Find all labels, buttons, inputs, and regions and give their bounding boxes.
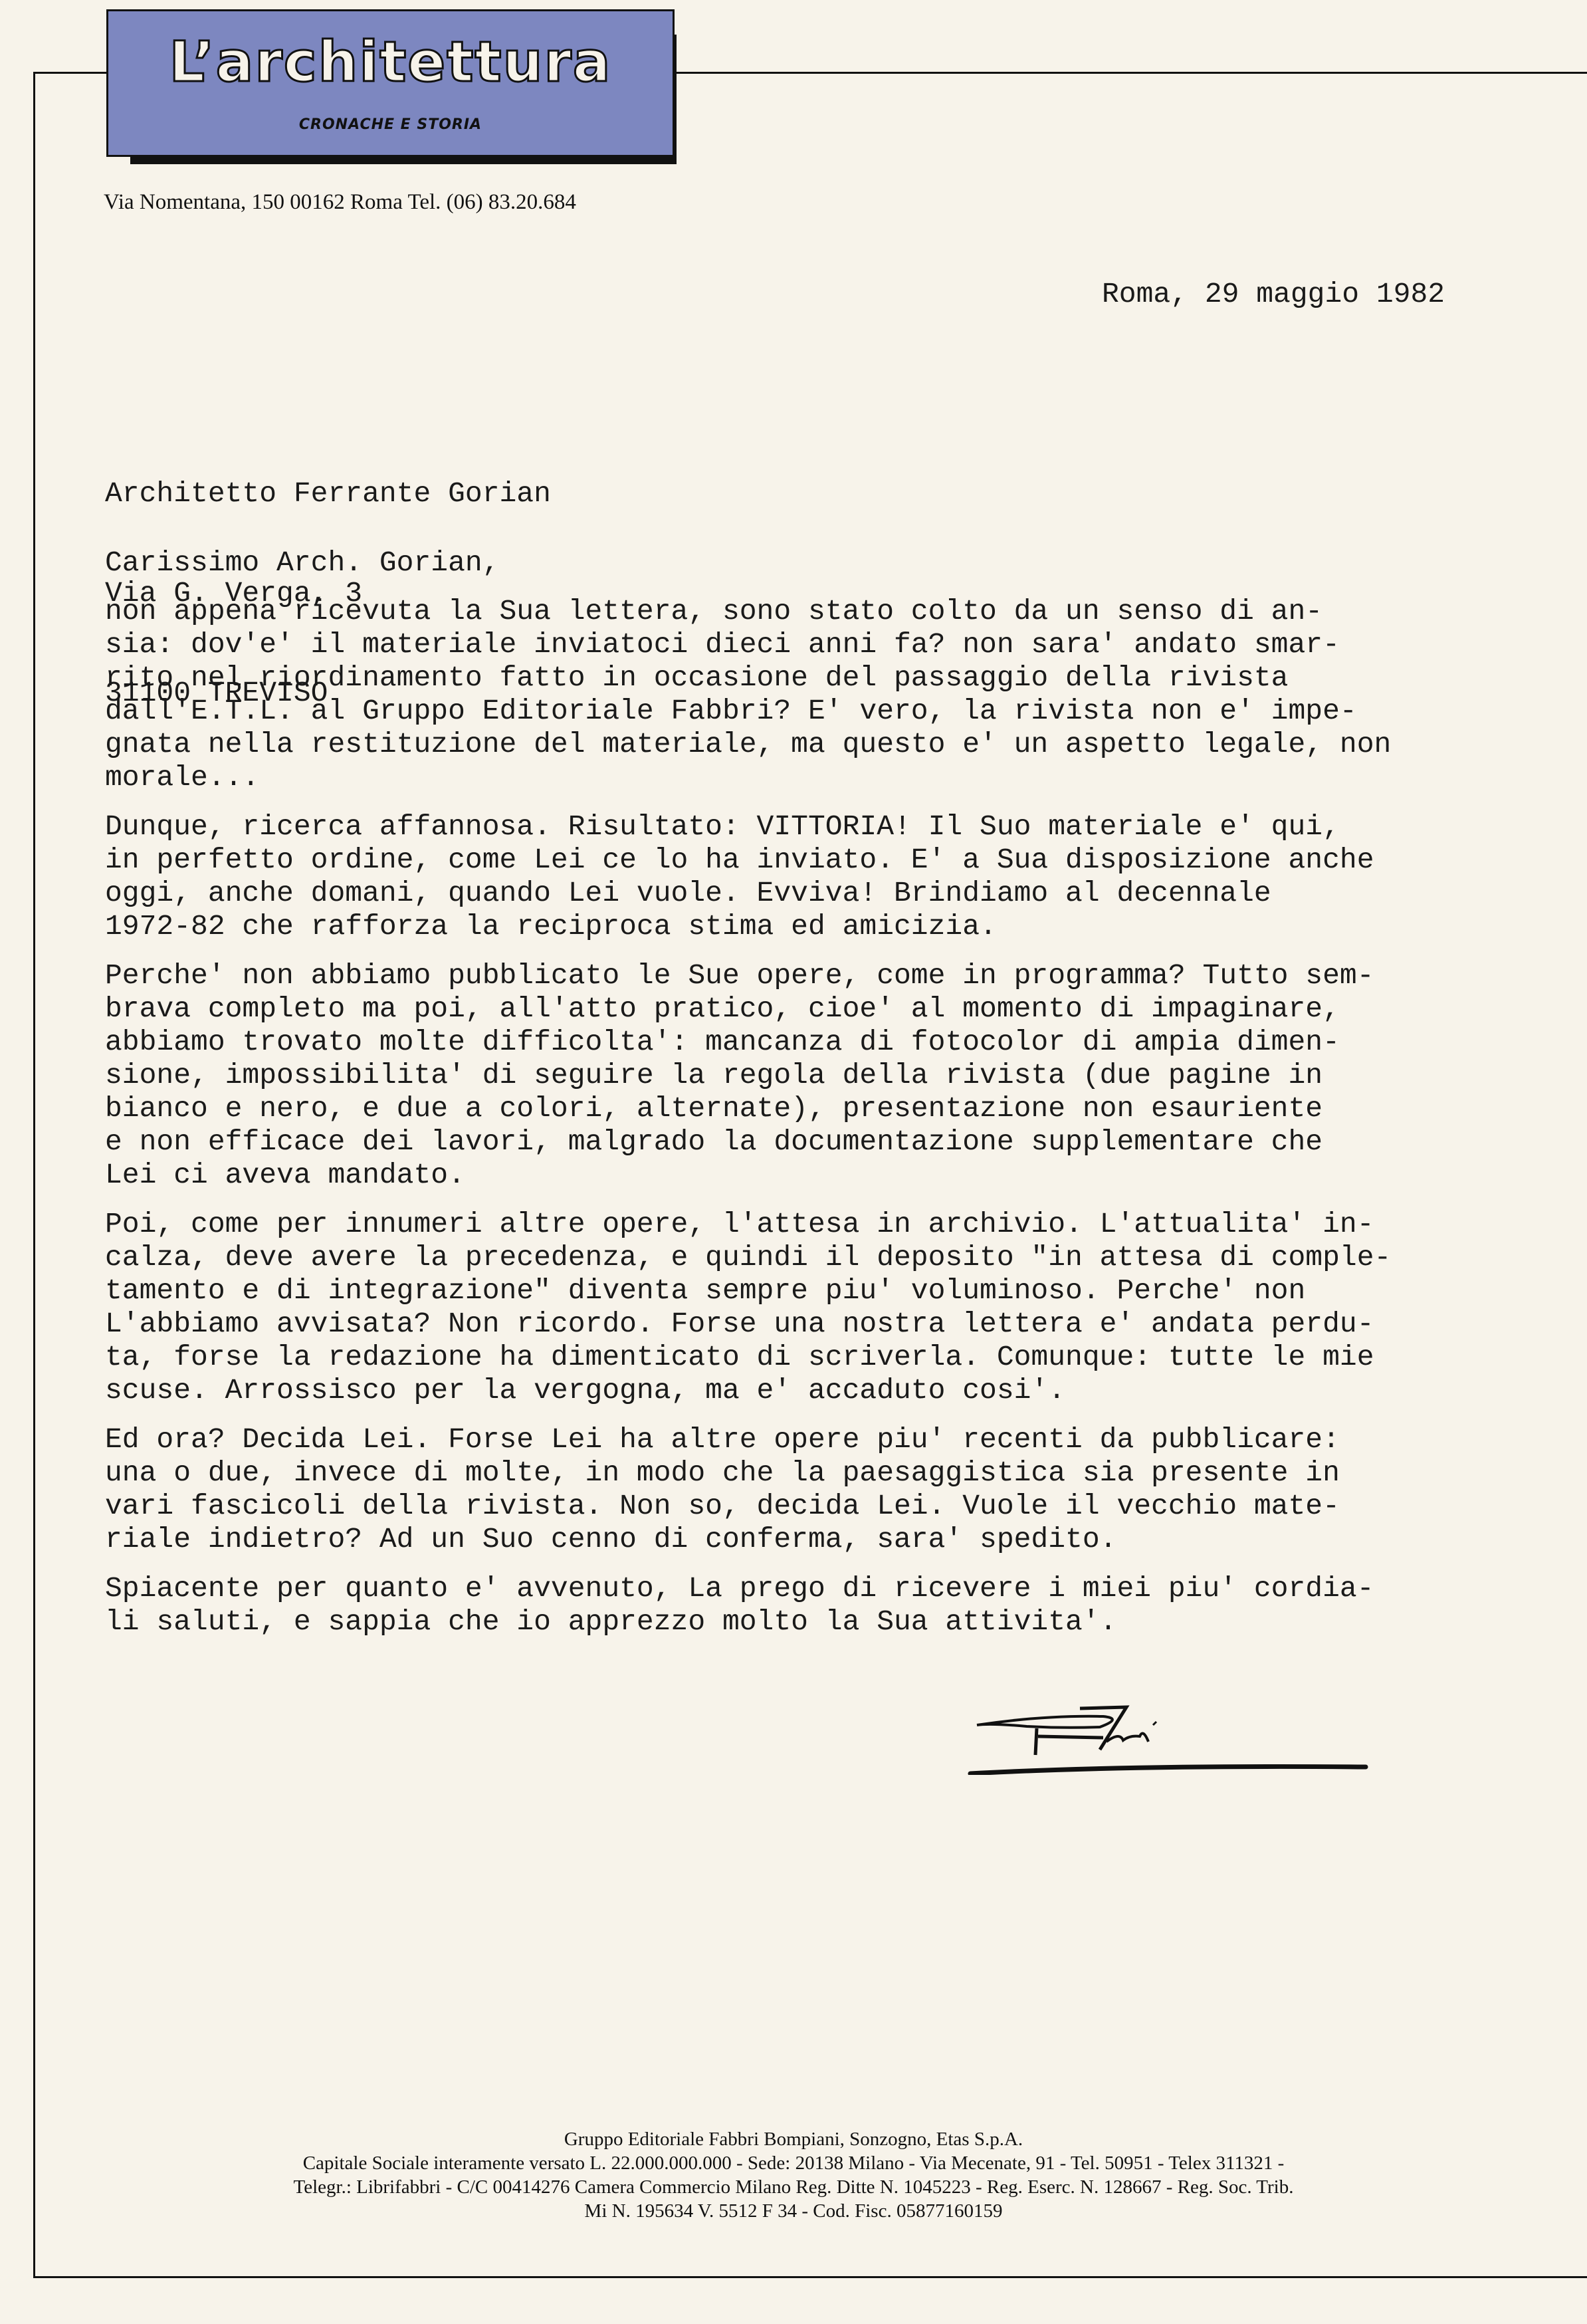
paragraph-line: morale... <box>105 761 1391 794</box>
salutation: Carissimo Arch. Gorian, <box>105 546 500 580</box>
paragraph-line: ta, forse la redazione ha dimenticato di… <box>105 1341 1391 1374</box>
paragraph-line: tamento e di integrazione" diventa sempr… <box>105 1274 1391 1308</box>
paragraph-line: Spiacente per quanto e' avvenuto, La pre… <box>105 1572 1391 1605</box>
letterhead-logo: L’architettura CRONACHE E STORIA <box>106 9 675 157</box>
paragraph-line: Poi, come per innumeri altre opere, l'at… <box>105 1208 1391 1241</box>
footer-line: Gruppo Editoriale Fabbri Bompiani, Sonzo… <box>0 2127 1587 2151</box>
logo-title: L’architettura <box>108 34 673 90</box>
paragraph-line: scuse. Arrossisco per la vergogna, ma e'… <box>105 1374 1391 1407</box>
letterhead-footer: Gruppo Editoriale Fabbri Bompiani, Sonzo… <box>0 2127 1587 2223</box>
paragraph-line: Ed ora? Decida Lei. Forse Lei ha altre o… <box>105 1423 1391 1456</box>
paragraph-line: 1972-82 che rafforza la reciproca stima … <box>105 910 1391 943</box>
paragraph-line: abbiamo trovato molte difficolta': manca… <box>105 1026 1391 1059</box>
paragraph-line: Perche' non abbiamo pubblicato le Sue op… <box>105 959 1391 992</box>
paragraph-line: Dunque, ricerca affannosa. Risultato: VI… <box>105 810 1391 844</box>
paragraph-line: gnata nella restituzione del materiale, … <box>105 728 1391 761</box>
paragraph-line: bianco e nero, e due a colori, alternate… <box>105 1092 1391 1125</box>
letter-body: non appena ricevuta la Sua lettera, sono… <box>105 595 1391 1655</box>
paragraph-line: calza, deve avere la precedenza, e quind… <box>105 1241 1391 1274</box>
paragraph: Spiacente per quanto e' avvenuto, La pre… <box>105 1572 1391 1639</box>
logo-subtitle: CRONACHE E STORIA <box>108 116 673 133</box>
paragraph-line: Lei ci aveva mandato. <box>105 1159 1391 1192</box>
paragraph: Dunque, ricerca affannosa. Risultato: VI… <box>105 810 1391 943</box>
footer-line: Telegr.: Librifabbri - C/C 00414276 Came… <box>0 2175 1587 2199</box>
paragraph: Poi, come per innumeri altre opere, l'at… <box>105 1208 1391 1407</box>
frame-left-rule <box>33 72 35 2277</box>
paragraph-line: e non efficace dei lavori, malgrado la d… <box>105 1125 1391 1159</box>
paragraph-line: una o due, invece di molte, in modo che … <box>105 1456 1391 1490</box>
paragraph-line: in perfetto ordine, come Lei ce lo ha in… <box>105 844 1391 877</box>
footer-line: Capitale Sociale interamente versato L. … <box>0 2151 1587 2175</box>
paragraph-line: non appena ricevuta la Sua lettera, sono… <box>105 595 1391 628</box>
paragraph-line: oggi, anche domani, quando Lei vuole. Ev… <box>105 877 1391 910</box>
signature-icon <box>964 1688 1369 1775</box>
recipient-line: Architetto Ferrante Gorian <box>105 477 551 511</box>
footer-line: Mi N. 195634 V. 5512 F 34 - Cod. Fisc. 0… <box>0 2199 1587 2223</box>
paragraph: Perche' non abbiamo pubblicato le Sue op… <box>105 959 1391 1192</box>
paragraph-line: sione, impossibilita' di seguire la rego… <box>105 1059 1391 1092</box>
frame-bottom-rule <box>33 2276 1587 2278</box>
paragraph-line: brava completo ma poi, all'atto pratico,… <box>105 992 1391 1026</box>
paragraph-line: rito nel riordinamento fatto in occasion… <box>105 661 1391 695</box>
paragraph-line: vari fascicoli della rivista. Non so, de… <box>105 1490 1391 1523</box>
paragraph: non appena ricevuta la Sua lettera, sono… <box>105 595 1391 794</box>
paragraph-line: li saluti, e sappia che io apprezzo molt… <box>105 1605 1391 1639</box>
letterhead-address: Via Nomentana, 150 00162 Roma Tel. (06) … <box>104 190 576 215</box>
paragraph-line: dall'E.T.L. al Gruppo Editoriale Fabbri?… <box>105 695 1391 728</box>
paragraph: Ed ora? Decida Lei. Forse Lei ha altre o… <box>105 1423 1391 1556</box>
letter-date: Roma, 29 maggio 1982 <box>1102 278 1445 311</box>
paragraph-line: riale indietro? Ad un Suo cenno di confe… <box>105 1523 1391 1556</box>
paragraph-line: sia: dov'e' il materiale inviatoci dieci… <box>105 628 1391 661</box>
paragraph-line: L'abbiamo avvisata? Non ricordo. Forse u… <box>105 1308 1391 1341</box>
